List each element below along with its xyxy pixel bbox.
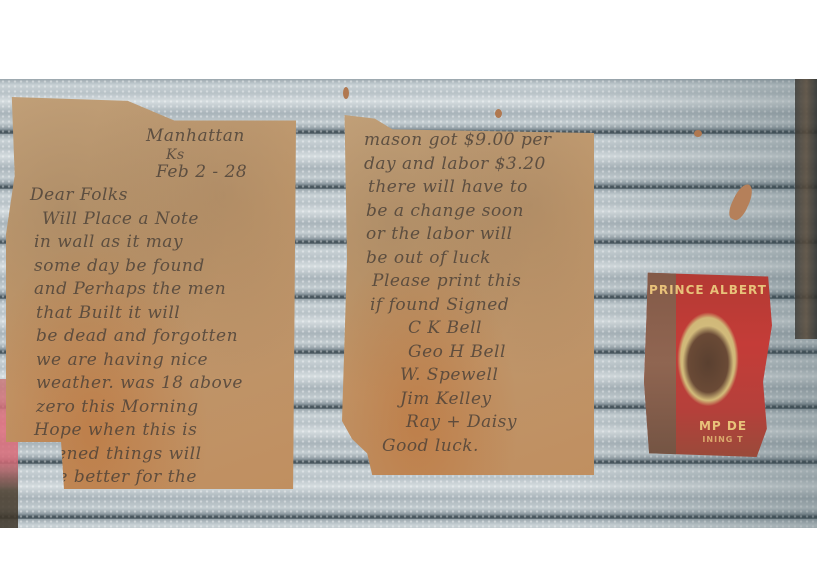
signature: W. Spewell — [342, 364, 594, 388]
letter-line: or the labor will — [342, 223, 594, 247]
tin-sub-label: MP DE — [644, 419, 772, 433]
letter-line: Now — [6, 513, 296, 528]
rust-fleck — [343, 87, 349, 99]
letter-date: Feb 2 - 28 — [6, 161, 296, 185]
tin-sub-label: INING T — [644, 435, 772, 444]
letter-line: mason got $9.00 per — [342, 129, 594, 153]
letter-place: Manhattan — [6, 125, 296, 149]
letter-line: be out of luck — [342, 247, 594, 271]
letter-line: Dear Folks — [6, 184, 296, 208]
letter-line: be dead and forgotten — [6, 325, 296, 349]
tin-brand-label: PRINCE ALBERT — [644, 283, 772, 297]
wood-chip — [726, 181, 757, 222]
letter-line: day and labor $3.20 — [342, 153, 594, 177]
letter-line: and Perhaps the men — [6, 278, 296, 302]
letter-line: we are having nice — [6, 349, 296, 373]
photo: Manhattan Ks Feb 2 - 28 Dear Folks Will … — [0, 79, 817, 528]
prince-albert-tin: PRINCE ALBERT MP DE INING T — [644, 269, 772, 457]
letter-line: be better for the — [6, 466, 296, 490]
letter-line: weather. was 18 above — [6, 372, 296, 396]
letter-line: some day be found — [6, 255, 296, 279]
letter-line: if found Signed — [342, 294, 594, 318]
letter-line: zero this Morning — [6, 396, 296, 420]
letter-line: opened things will — [6, 443, 296, 467]
letter-line: Please print this — [342, 270, 594, 294]
letter-page-1: Manhattan Ks Feb 2 - 28 Dear Folks Will … — [6, 97, 296, 489]
letter-page-2: mason got $9.00 per day and labor $3.20 … — [342, 115, 594, 475]
letter-line: Hope when this is — [6, 419, 296, 443]
letter-line: there will have to — [342, 176, 594, 200]
rust-fleck — [495, 109, 502, 118]
wall-frame — [795, 79, 817, 339]
signature: C K Bell — [342, 317, 594, 341]
letter-line: be a change soon — [342, 200, 594, 224]
rust-fleck — [694, 130, 702, 137]
letter-line: in wall as it may — [6, 231, 296, 255]
signature: Geo H Bell — [342, 341, 594, 365]
letter-line: Will Place a Note — [6, 208, 296, 232]
letter-closing: Good luck. — [342, 435, 594, 459]
signature: Ray + Daisy — [342, 411, 594, 435]
signature: Jim Kelley — [342, 388, 594, 412]
letter-state: Ks — [6, 149, 296, 161]
letter-line: working man than — [6, 490, 296, 514]
letter-line: that Built it will — [6, 302, 296, 326]
